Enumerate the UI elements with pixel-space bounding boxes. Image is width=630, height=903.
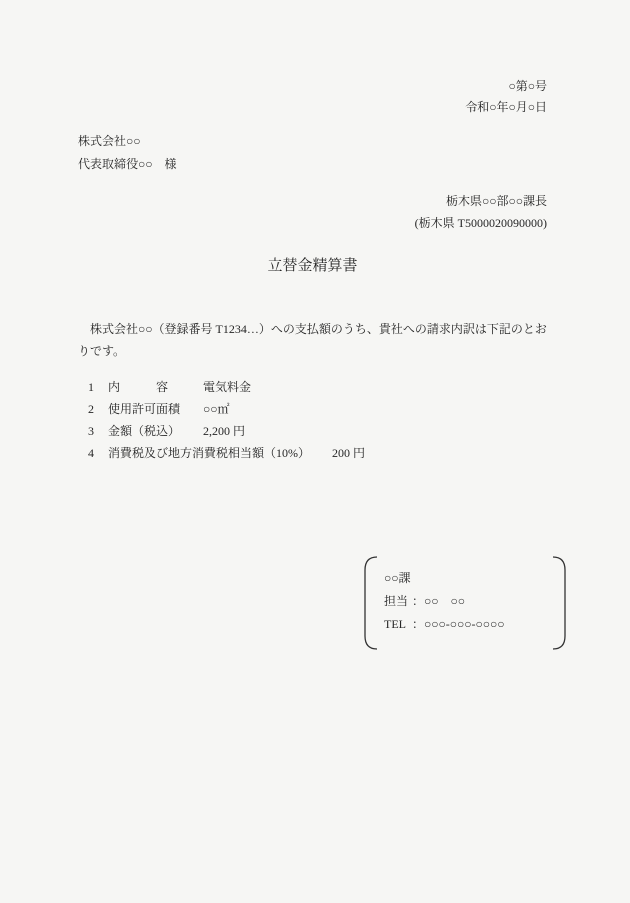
document-title: 立替金精算書 bbox=[78, 256, 547, 276]
item-row: 2 使用許可面積 ○○㎡ bbox=[88, 398, 547, 420]
issue-date: 令和○年○月○日 bbox=[78, 96, 547, 118]
item-no: 2 bbox=[88, 398, 108, 420]
contact-tel-value: ○○○-○○○-○○○○ bbox=[424, 613, 504, 636]
contact-box: ○○課 担当 ： ○○ ○○ TEL ： ○○○-○○○-○○○○ bbox=[362, 556, 568, 650]
sender-registration: (栃木県 T5000020090000) bbox=[78, 212, 547, 234]
item-row: 1 内 容 電気料金 bbox=[88, 376, 547, 398]
contact-person-value: ○○ ○○ bbox=[424, 590, 465, 613]
left-bracket-icon bbox=[362, 556, 378, 650]
item-label: 使用許可面積 bbox=[108, 398, 203, 420]
recipient-person: 代表取締役○○ 様 bbox=[78, 153, 547, 176]
item-no: 3 bbox=[88, 420, 108, 442]
item-row: 3 金額（税込） 2,200 円 bbox=[88, 420, 547, 442]
item-no: 1 bbox=[88, 376, 108, 398]
contact-person-label: 担当 bbox=[384, 590, 412, 613]
body-paragraph: 株式会社○○（登録番号 T1234…）への支払額のうち、貴社への請求内訳は下記の… bbox=[78, 318, 547, 362]
item-value: 200 円 bbox=[332, 442, 365, 464]
sender-title: 栃木県○○部○○課長 bbox=[78, 190, 547, 212]
items-list: 1 内 容 電気料金 2 使用許可面積 ○○㎡ 3 金額（税込） 2,200 円… bbox=[78, 376, 547, 464]
contact-content: ○○課 担当 ： ○○ ○○ TEL ： ○○○-○○○-○○○○ bbox=[378, 556, 552, 650]
contact-tel-row: TEL ： ○○○-○○○-○○○○ bbox=[384, 613, 552, 636]
recipient-company: 株式会社○○ bbox=[78, 130, 547, 153]
recipient-block: 株式会社○○ 代表取締役○○ 様 bbox=[78, 130, 547, 176]
item-row: 4 消費税及び地方消費税相当額（10%） 200 円 bbox=[88, 442, 547, 464]
contact-tel-colon: ： bbox=[412, 613, 424, 636]
document-page: ○第○号 令和○年○月○日 株式会社○○ 代表取締役○○ 様 栃木県○○部○○課… bbox=[0, 0, 630, 903]
contact-dept: ○○課 bbox=[384, 567, 552, 590]
contact-person-row: 担当 ： ○○ ○○ bbox=[384, 590, 552, 613]
item-value: 電気料金 bbox=[203, 376, 251, 398]
item-label: 内 容 bbox=[108, 376, 203, 398]
sender-block: 栃木県○○部○○課長 (栃木県 T5000020090000) bbox=[78, 190, 547, 234]
doc-number: ○第○号 bbox=[78, 76, 547, 96]
right-bracket-icon bbox=[552, 556, 568, 650]
contact-tel-label: TEL bbox=[384, 613, 412, 636]
item-label: 消費税及び地方消費税相当額（10%） bbox=[108, 442, 310, 464]
item-value: 2,200 円 bbox=[203, 420, 245, 442]
contact-person-colon: ： bbox=[412, 590, 424, 613]
item-label: 金額（税込） bbox=[108, 420, 203, 442]
item-value: ○○㎡ bbox=[203, 398, 230, 420]
item-no: 4 bbox=[88, 442, 108, 464]
